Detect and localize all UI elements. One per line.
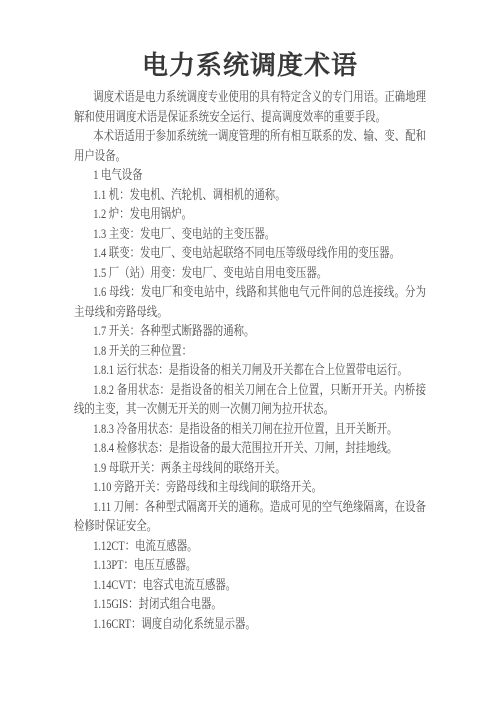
paragraph: 1.2 炉：发电用锅炉。 [74,204,426,224]
paragraph: 1.8.4 检修状态：是指设备的最大范围拉开开关、刀闸，封挂地线。 [74,438,426,458]
paragraph: 1 电气设备 [74,165,426,185]
document-page: 电力系统调度术语 调度术语是电力系统调度专业使用的具有特定含义的专门用语。正确地… [0,0,500,707]
paragraph: 1.1 机：发电机、汽轮机、调相机的通称。 [74,185,426,205]
paragraph: 1.8.1 运行状态：是指设备的相关刀闸及开关都在合上位置带电运行。 [74,360,426,380]
paragraph: 1.16CRT：调度自动化系统显示器。 [74,614,426,634]
paragraph: 1.13PT：电压互感器。 [74,555,426,575]
paragraph: 1.15GIS：封闭式组合电器。 [74,594,426,614]
paragraph: 1.8 开关的三种位置： [74,341,426,361]
paragraph: 1.8.2 备用状态：是指设备的相关刀闸在合上位置，只断开开关。内桥接线的主变，… [74,380,426,419]
document-body: 调度术语是电力系统调度专业使用的具有特定含义的专门用语。正确地理解和使用调度术语… [74,87,426,633]
paragraph: 1.10 旁路开关：旁路母线和主母线间的联络开关。 [74,477,426,497]
paragraph: 1.7 开关：各种型式断路器的通称。 [74,321,426,341]
paragraph: 1.8.3 冷备用状态：是指设备的相关刀闸在拉开位置，且开关断开。 [74,419,426,439]
paragraph: 1.12CT：电流互感器。 [74,536,426,556]
document-title: 电力系统调度术语 [0,51,500,81]
paragraph: 1.9 母联开关：两条主母线间的联络开关。 [74,458,426,478]
paragraph: 调度术语是电力系统调度专业使用的具有特定含义的专门用语。正确地理解和使用调度术语… [74,87,426,126]
paragraph: 1.3 主变：发电厂、变电站的主变压器。 [74,224,426,244]
paragraph: 1.14CVT：电容式电流互感器。 [74,575,426,595]
paragraph: 1.4 联变：发电厂、变电站起联络不同电压等级母线作用的变压器。 [74,243,426,263]
paragraph: 1.5 厂（站）用变：发电厂、变电站自用电变压器。 [74,263,426,283]
paragraph: 1.11 刀闸：各种型式隔离开关的通称。造成可见的空气绝缘隔离，在设备检修时保证… [74,497,426,536]
paragraph: 本术语适用于参加系统统一调度管理的所有相互联系的发、输、变、配和用户设备。 [74,126,426,165]
paragraph: 1.6 母线：发电厂和变电站中，线路和其他电气元件间的总连接线。分为主母线和旁路… [74,282,426,321]
